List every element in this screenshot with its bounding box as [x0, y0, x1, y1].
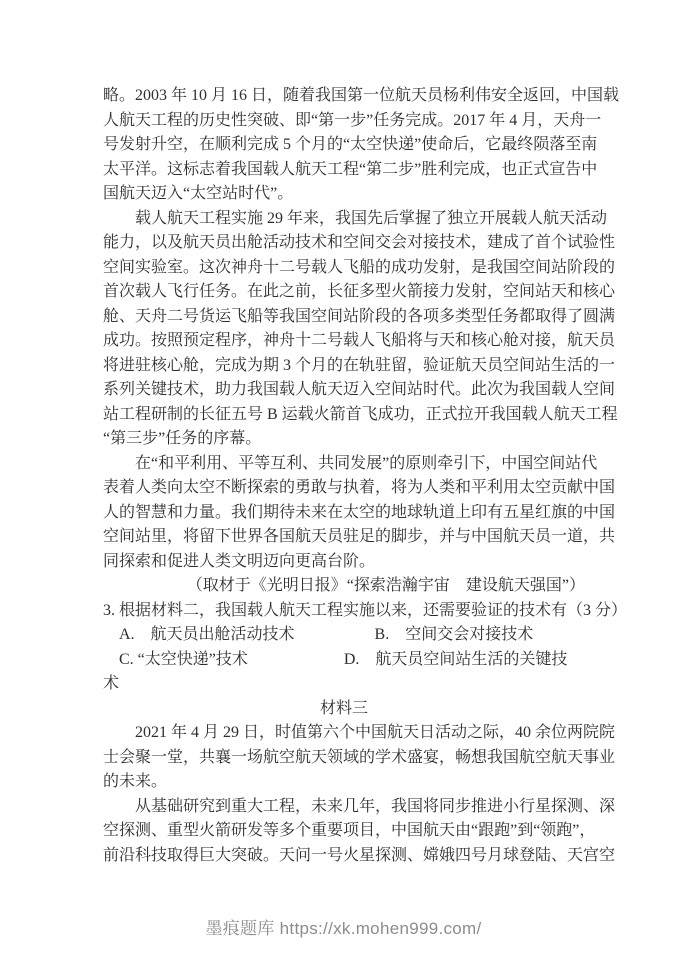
paragraph-principle: 在“和平利用、平等互利、共同发展”的原则牵引下，中国空间站代 表着人类向太空不断…	[103, 452, 585, 575]
paragraph-material3-intro: 2021 年 4 月 29 日，时值第六个中国航天日活动之际，40 余位两院院 …	[103, 721, 585, 795]
footer-watermark: 墨痕题库 https://xk.mohen999.com/	[205, 919, 481, 938]
material-3-heading: 材料三	[103, 697, 585, 722]
paragraph-step-one-two: 略。2003 年 10 月 16 日，随着我国第一位航天员杨利伟安全返回，中国载…	[103, 84, 585, 207]
document-page: 略。2003 年 10 月 16 日，随着我国第一位航天员杨利伟安全返回，中国载…	[103, 84, 585, 868]
question-3-options: A. 航天员出舱活动技术 B. 空间交会对接技术 C. “太空快递”技术 D. …	[103, 623, 585, 697]
paragraph-29-years: 载人航天工程实施 29 年来，我国先后掌握了独立开展载人航天活动 能力，以及航天…	[103, 207, 585, 452]
question-3-stem: 3. 根据材料二，我国载人航天工程实施以来，还需要验证的技术有（3 分）	[103, 599, 585, 624]
page-footer: 墨痕题库 https://xk.mohen999.com/	[0, 914, 687, 939]
source-attribution: （取材于《光明日报》“探索浩瀚宇宙 建设航天强国”）	[103, 574, 585, 599]
paragraph-material3-future: 从基础研究到重大工程，未来几年，我国将同步推进小行星探测、深 空探测、重型火箭研…	[103, 795, 585, 869]
